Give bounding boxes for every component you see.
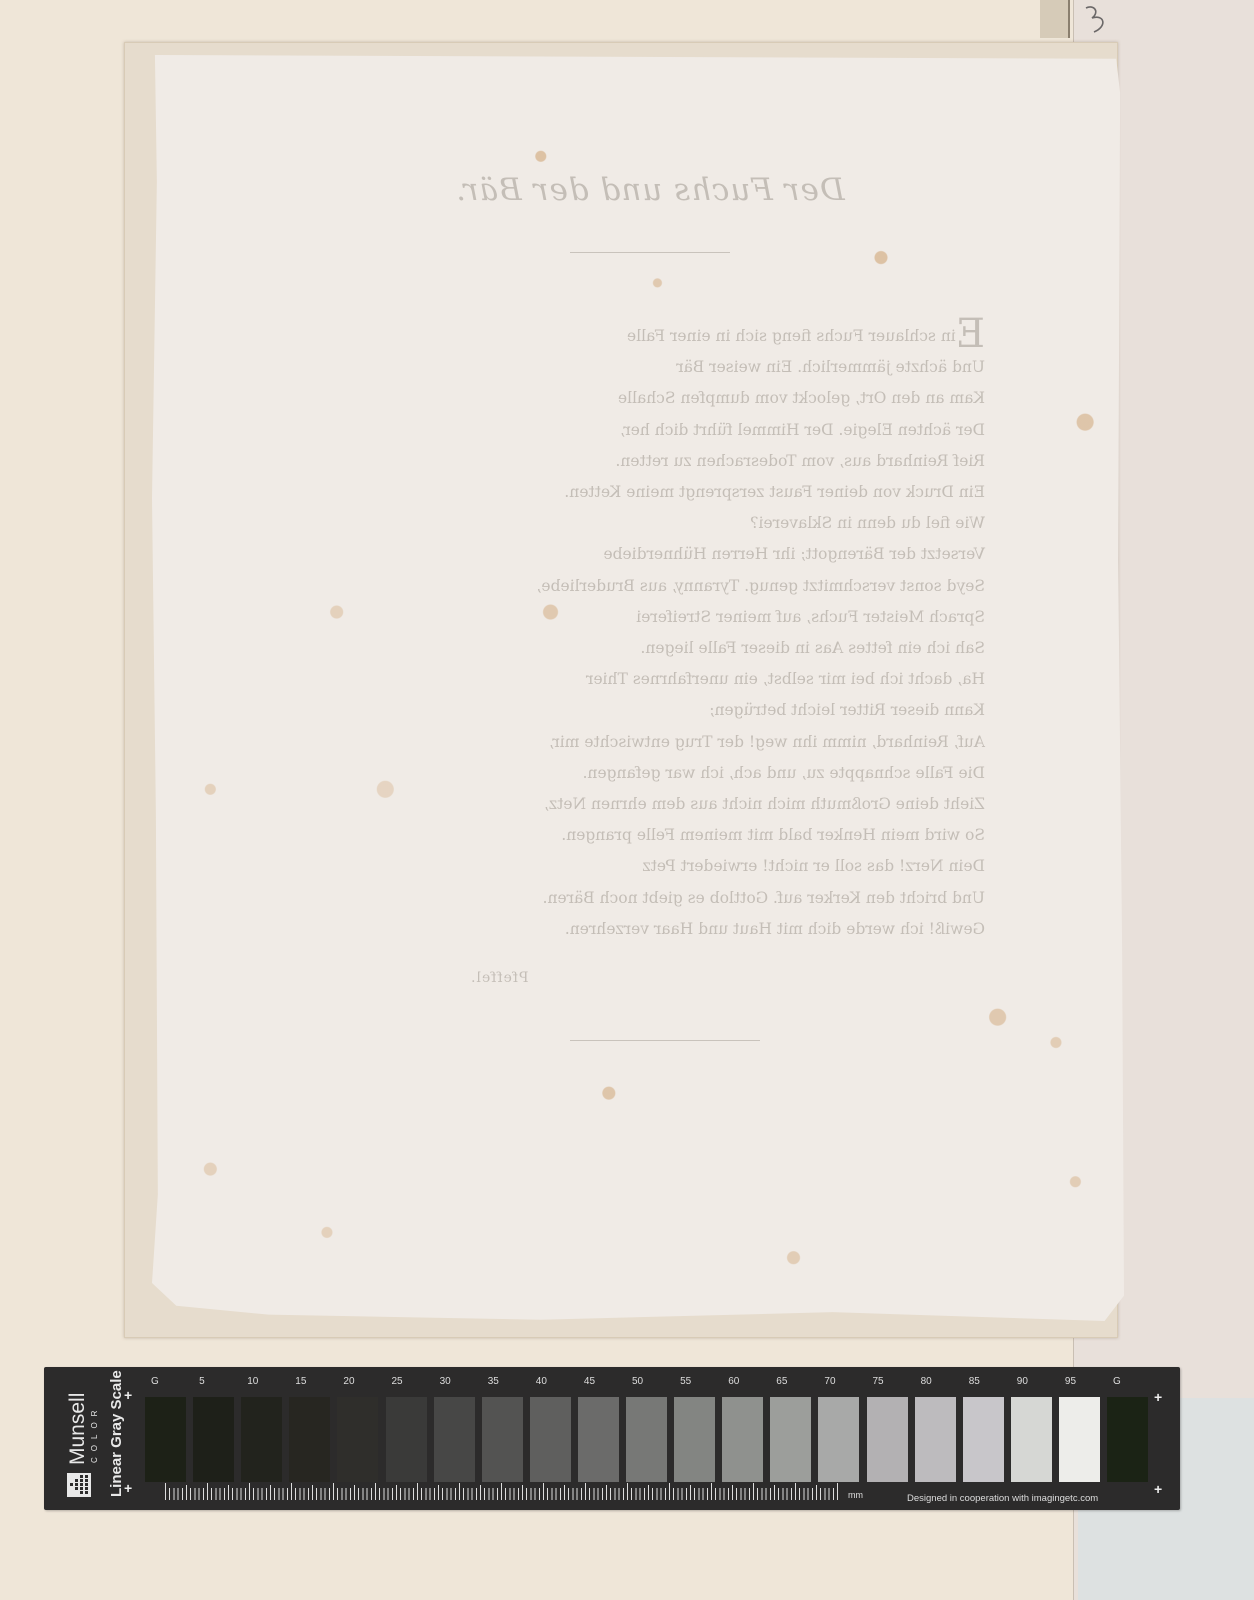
registration-mark-icon: +: [1154, 1389, 1162, 1405]
swatch-label: G: [151, 1376, 159, 1387]
swatch-label: 90: [1017, 1376, 1028, 1387]
gray-swatch: [386, 1397, 427, 1482]
swatch-label: 20: [343, 1376, 354, 1387]
gray-swatch: [241, 1397, 282, 1482]
poem-line: Die Falle schnappte zu, und ach, ich war…: [480, 758, 985, 789]
poem-line: Ein Druck von deiner Faust zersprengt me…: [480, 477, 985, 508]
poem-line: Ha, dacht ich bei mir selbst, ein unerfa…: [480, 664, 985, 695]
handwritten-mark: [1082, 4, 1122, 36]
swatch-label: 10: [247, 1376, 258, 1387]
author-signature: Pfeffel.: [470, 970, 530, 986]
poem-line: Und bricht den Kerker auf. Gottlob es gi…: [480, 883, 985, 914]
swatch-label: 25: [392, 1376, 403, 1387]
swatch-label: 75: [873, 1376, 884, 1387]
poem-body: Ein schlauer Fuchs fieng sich in einer F…: [480, 320, 985, 945]
poem-line: Sprach Meister Fuchs, auf meiner Streife…: [480, 602, 985, 633]
gray-swatch: [963, 1397, 1004, 1482]
gray-swatch: [578, 1397, 619, 1482]
swatch-label: 85: [969, 1376, 980, 1387]
poem-line: Kam an den Ort, gelockt vom dumpfen Scha…: [480, 383, 985, 414]
swatch-label: 30: [440, 1376, 451, 1387]
poem-line: Wie fiel du denn in Sklaverei?: [480, 508, 985, 539]
gray-swatch: [915, 1397, 956, 1482]
gray-swatch: [818, 1397, 859, 1482]
gray-swatch: [482, 1397, 523, 1482]
poem-line: Gewiß! ich werde dich mit Haut und Haar …: [480, 914, 985, 945]
document-title: Der Fuchs und der Bär.: [300, 172, 1000, 208]
poem-line: Zieht deine Großmuth mich nicht aus dem …: [480, 789, 985, 820]
swatch-label: 95: [1065, 1376, 1076, 1387]
swatch-label: 5: [199, 1376, 205, 1387]
swatch-label: 55: [680, 1376, 691, 1387]
registration-mark-icon: +: [124, 1387, 132, 1403]
gray-swatch: [1011, 1397, 1052, 1482]
gray-swatch: [770, 1397, 811, 1482]
swatch-label: 15: [295, 1376, 306, 1387]
swatch-label: 35: [488, 1376, 499, 1387]
registration-mark-icon: +: [1154, 1481, 1162, 1497]
swatch-label: G: [1113, 1376, 1121, 1387]
poem-line: Kann dieser Ritter leicht betrügen;: [480, 695, 985, 726]
mm-ruler-cm-ticks: [165, 1483, 841, 1500]
poem-line: Auf, Reinhard, nimm ihn weg! der Trug en…: [480, 727, 985, 758]
title-divider: [570, 252, 730, 253]
gray-swatch: [193, 1397, 234, 1482]
swatch-label: 70: [824, 1376, 835, 1387]
swatch-label: 50: [632, 1376, 643, 1387]
gray-swatch: [867, 1397, 908, 1482]
card-credit: Designed in cooperation with imagingetc.…: [907, 1493, 1098, 1504]
mount-tape: [1040, 0, 1070, 38]
gray-swatch: [337, 1397, 378, 1482]
card-title: Linear Gray Scale: [108, 1370, 125, 1497]
registration-mark-icon: +: [124, 1480, 132, 1496]
munsell-logo: Munsell COLOR Linear Gray Scale: [56, 1379, 146, 1497]
gray-swatch: [145, 1397, 186, 1482]
gray-scale-card: Munsell COLOR Linear Gray Scale + + + + …: [44, 1367, 1180, 1510]
gray-swatch: [1107, 1397, 1148, 1482]
poem-line: Seyd sonst verschmitzt genug. Tyranny, a…: [480, 571, 985, 602]
poem-line: Und ächzte jämmerlich. Ein weiser Bär: [480, 352, 985, 383]
gray-swatch: [289, 1397, 330, 1482]
munsell-building-icon: [67, 1473, 91, 1497]
gray-swatch: [434, 1397, 475, 1482]
closing-divider: [570, 1040, 760, 1041]
swatch-label: 80: [921, 1376, 932, 1387]
poem-line: Versetzt der Bärengott; ihr Herren Hühne…: [480, 539, 985, 570]
poem-line: Der ächten Elegie. Der Himmel führt dich…: [480, 415, 985, 446]
gray-swatch: [722, 1397, 763, 1482]
gray-swatch: [530, 1397, 571, 1482]
gray-swatch: [626, 1397, 667, 1482]
poem-line: So wird mein Henker bald mit meinem Fell…: [480, 820, 985, 851]
brand-name: Munsell: [66, 1393, 90, 1465]
poem-line: Rief Reinhard aus, vom Todesrachen zu re…: [480, 446, 985, 477]
gray-swatch: [1059, 1397, 1100, 1482]
poem-line: Sah ich ein fettes Aas in dieser Falle l…: [480, 633, 985, 664]
poem-line-text: in schlauer Fuchs fieng sich in einer Fa…: [627, 327, 956, 345]
swatch-label: 45: [584, 1376, 595, 1387]
drop-cap: E: [956, 311, 985, 357]
ruler-unit: mm: [848, 1490, 863, 1500]
swatch-label: 60: [728, 1376, 739, 1387]
swatch-label: 65: [776, 1376, 787, 1387]
brand-subtitle: COLOR: [90, 1405, 99, 1463]
poem-line: Dein Nerz! das soll er nicht! erwiedert …: [480, 851, 985, 882]
gray-swatch: [674, 1397, 715, 1482]
poem-line: Ein schlauer Fuchs fieng sich in einer F…: [480, 320, 985, 352]
swatch-label: 40: [536, 1376, 547, 1387]
